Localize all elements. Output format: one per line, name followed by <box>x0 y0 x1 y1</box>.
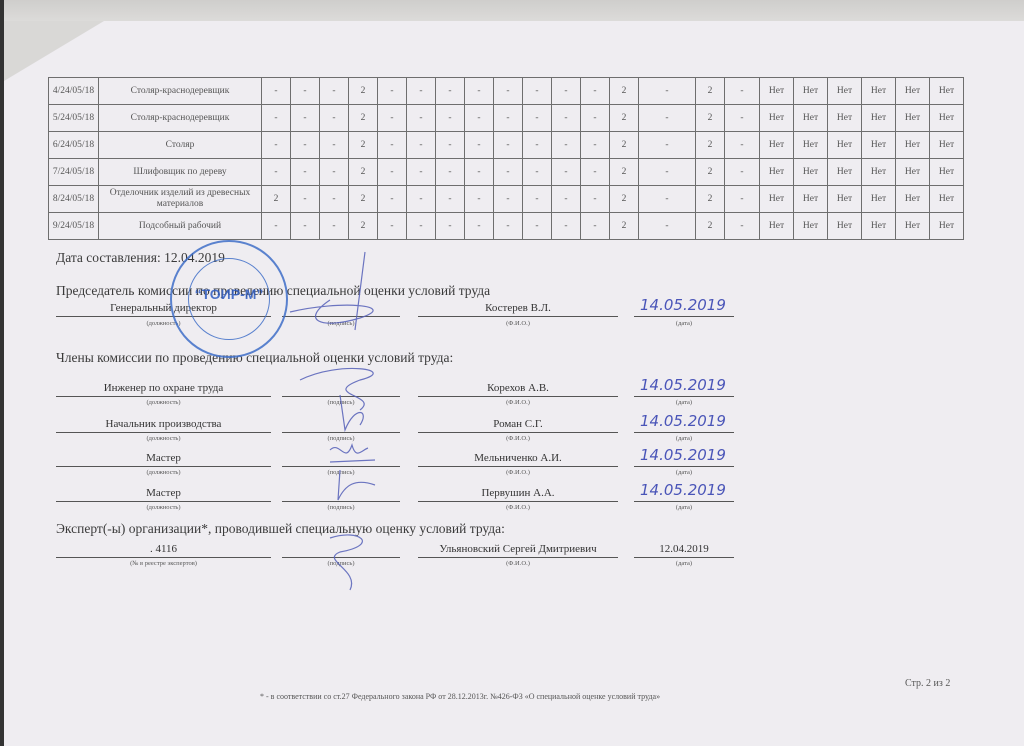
member3-signature-icon <box>330 445 375 462</box>
footnote: * - в соответствии со ст.27 Федерального… <box>260 692 660 701</box>
member-signature-icon <box>300 368 373 430</box>
expert-signature-icon <box>330 535 362 590</box>
page-number: Стр. 2 из 2 <box>905 678 950 689</box>
member4-signature-icon <box>338 470 375 500</box>
chairman-signature-icon <box>290 252 373 330</box>
signatures <box>0 0 1024 746</box>
